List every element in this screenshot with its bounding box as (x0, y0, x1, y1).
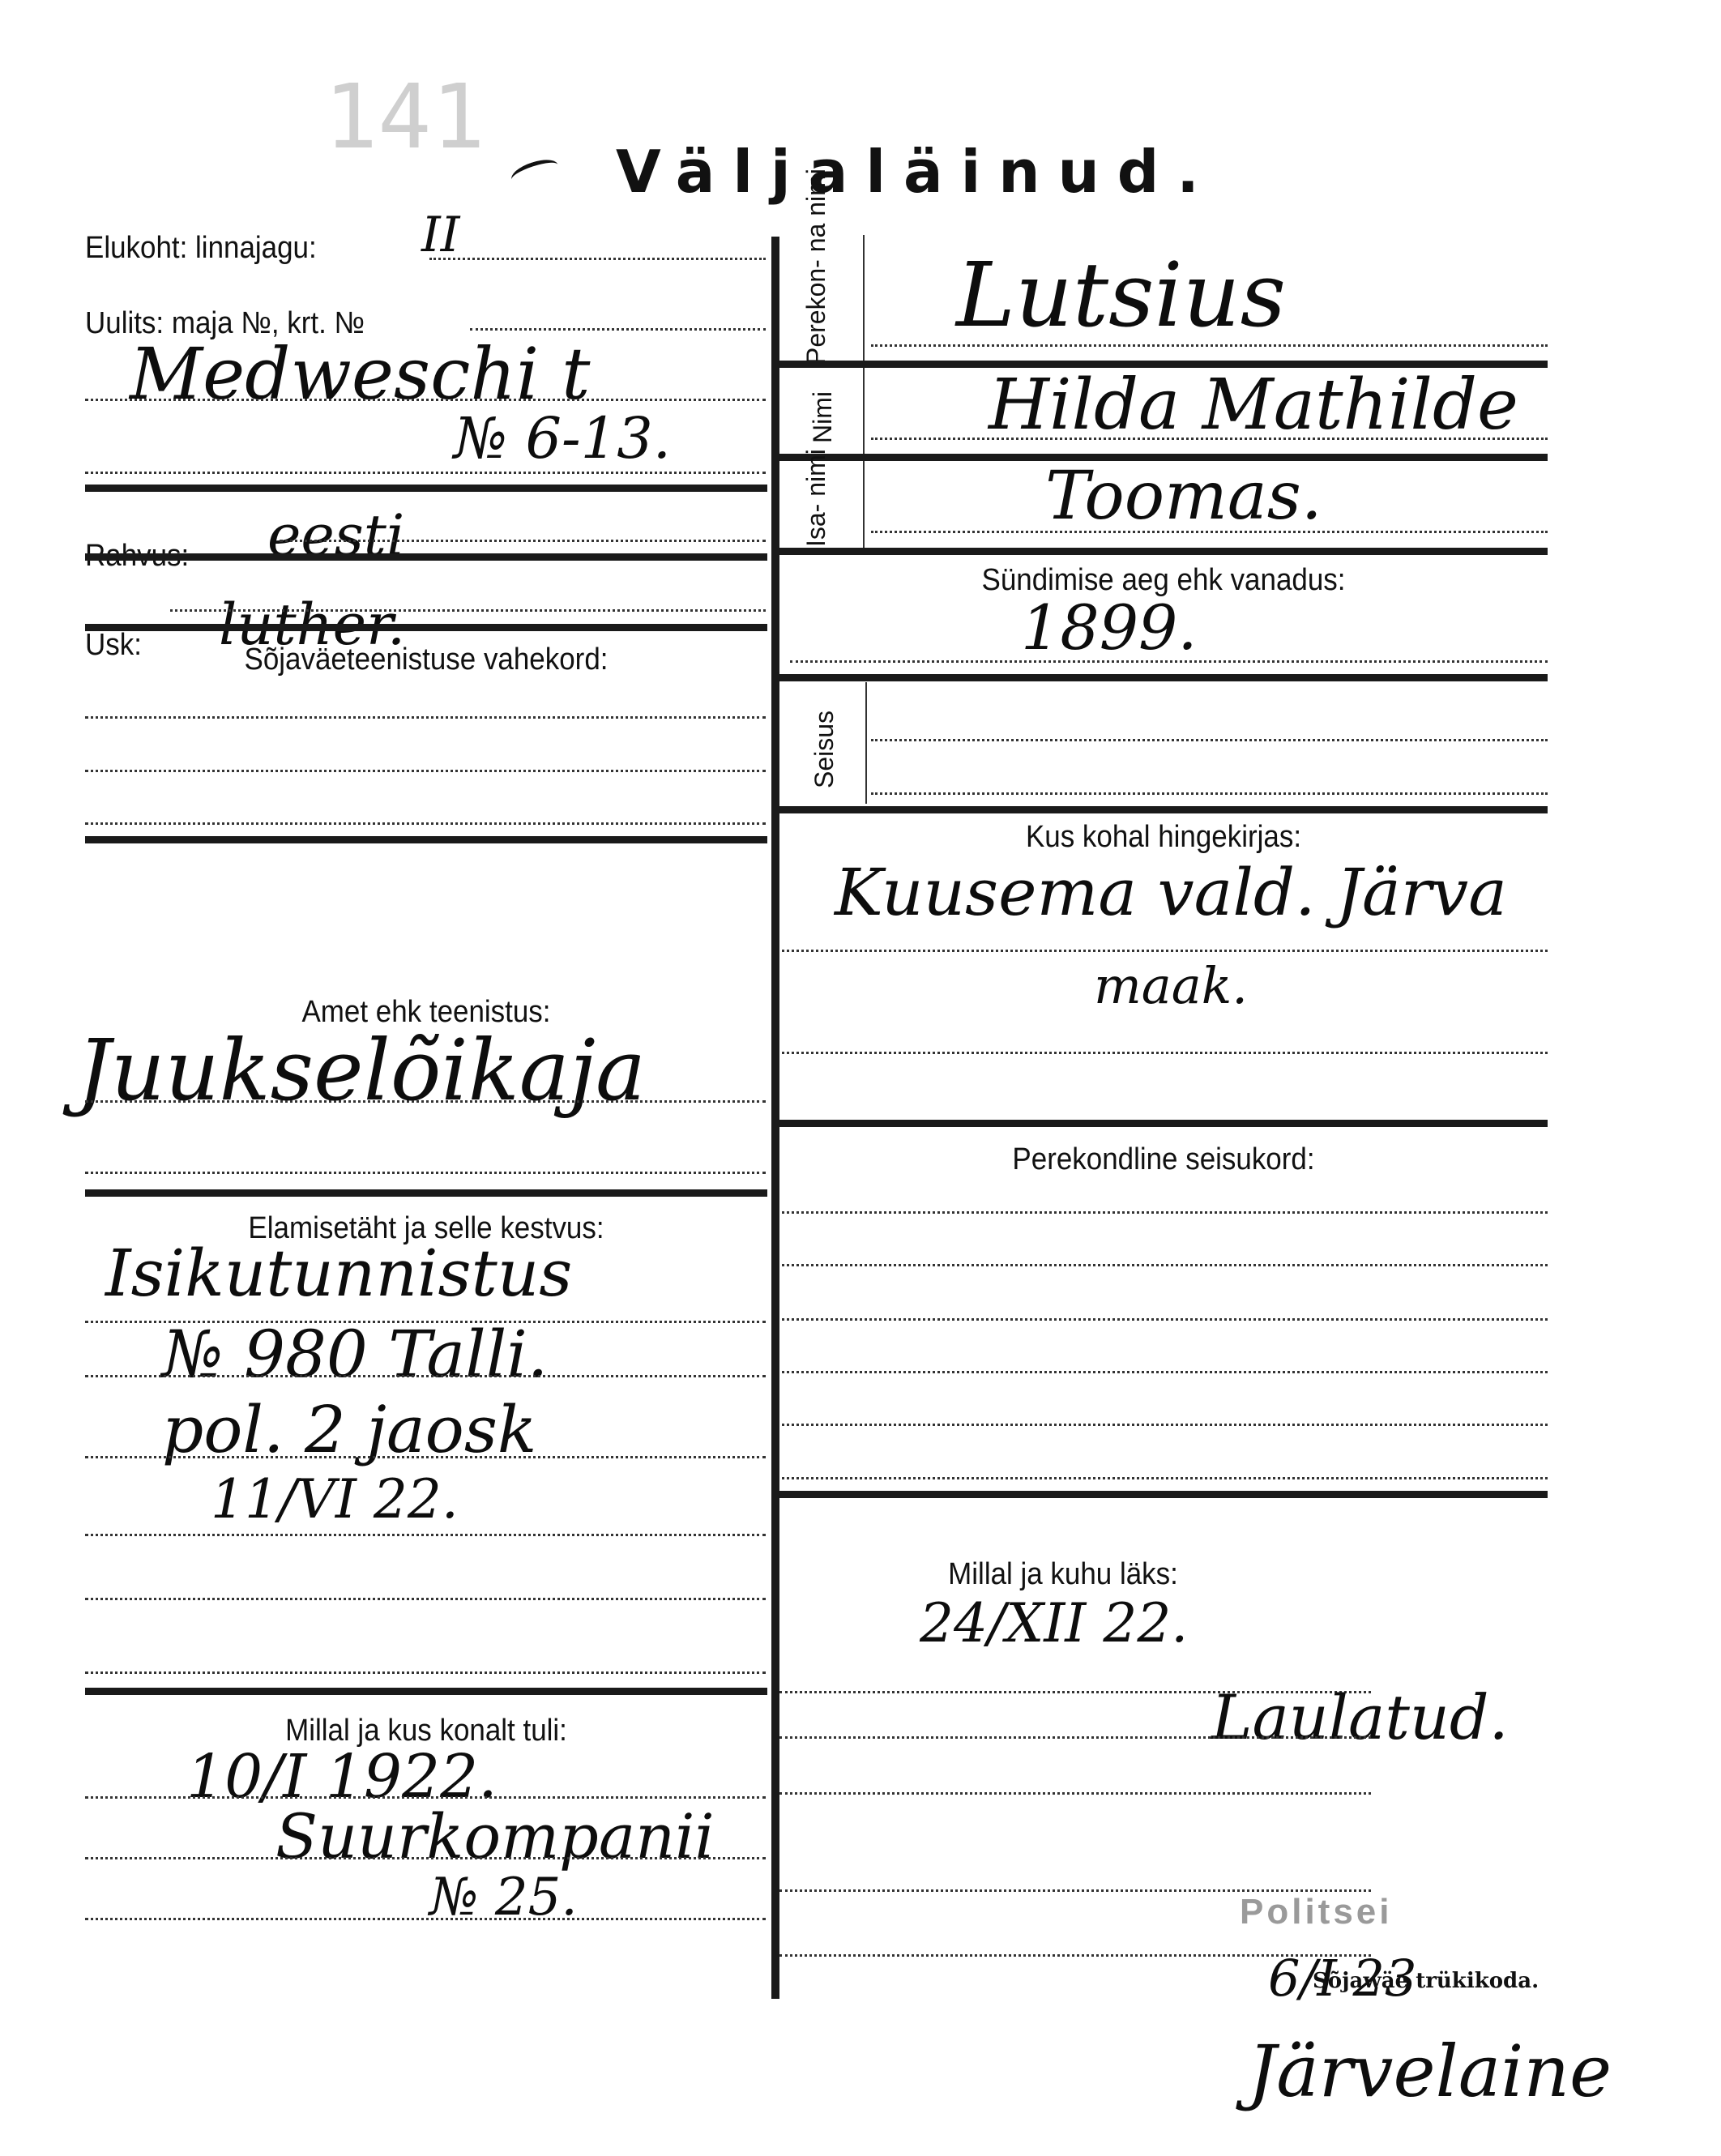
section-rule (85, 1189, 767, 1197)
section-rule (779, 548, 1548, 555)
section-rule (779, 806, 1548, 813)
millal-laks-line-2 (779, 1736, 1371, 1739)
millal-laks-value-2[interactable]: Laulatud. (1211, 1681, 1509, 1753)
uulits-number-value[interactable]: № 6-13. (454, 405, 671, 472)
millal-laks-line-3 (779, 1792, 1371, 1795)
elamisetaht-value-2[interactable]: № 980 Talli. (162, 1317, 548, 1392)
usk-line (170, 609, 766, 612)
perekondline-line-6[interactable] (782, 1477, 1548, 1479)
elamisetaht-line-3 (85, 1456, 766, 1458)
perekondline-label: Perekondline seisukord: (810, 1142, 1517, 1177)
nimi-label: Nimi (809, 381, 857, 454)
hingekirjas-value-1[interactable]: Kuusema vald. Järva (835, 855, 1507, 930)
perekondline-line-1[interactable] (782, 1211, 1548, 1214)
seisus-divider (865, 682, 867, 804)
sojavae-line-3[interactable] (85, 822, 766, 825)
perekondline-line-3[interactable] (782, 1318, 1548, 1321)
isanimi-line (871, 531, 1548, 533)
uulits-line-1 (470, 328, 766, 331)
dash-mark (509, 155, 562, 189)
elukoht-value[interactable]: II (421, 207, 459, 263)
perekonnanimi-line (871, 344, 1548, 347)
millal-laks-value-1[interactable]: 24/XII 22. (920, 1592, 1188, 1654)
label-column-divider (863, 235, 865, 553)
nimi-line (871, 438, 1548, 440)
sojavae-line-1[interactable] (85, 716, 766, 719)
uulits-line-3 (85, 472, 766, 474)
elamisetaht-line-6 (85, 1671, 766, 1674)
pencil-archive-number: 141 (324, 65, 485, 169)
hingekirjas-value-2[interactable]: maak. (1094, 956, 1248, 1015)
faded-stamp: Politsei (1240, 1892, 1393, 1932)
uulits-street-value[interactable]: Medweschi t (130, 332, 591, 416)
perekonnanimi-label: Perekon- na nimi (802, 243, 859, 365)
nimi-value[interactable]: Hilda Mathilde (989, 365, 1518, 446)
official-signature: Järvelaine (1248, 2030, 1612, 2113)
section-rule (85, 836, 767, 843)
millal-tuli-line-2 (85, 1857, 766, 1859)
amet-value[interactable]: Juukselõikaja (77, 1021, 646, 1120)
hingekirjas-line-2 (782, 1052, 1548, 1054)
section-rule (85, 624, 767, 631)
center-divider (771, 237, 779, 1999)
seisus-line-1[interactable] (871, 739, 1548, 741)
millal-tuli-line-1 (85, 1796, 766, 1799)
section-rule (85, 485, 767, 492)
rahvus-line (280, 540, 766, 542)
form-title: Väljaläinud. (616, 138, 1217, 206)
sojavae-label: Sõjaväeteenistuse vahekord: (113, 643, 741, 677)
elukoht-label: Elukoht: linnajagu: (85, 231, 317, 266)
millal-tuli-value-2[interactable]: Suurkompanii (275, 1800, 715, 1872)
elukoht-line (429, 258, 766, 260)
millal-tuli-line-3 (85, 1918, 766, 1920)
section-rule (779, 1491, 1548, 1498)
amet-line-1 (85, 1100, 766, 1103)
isanimi-value[interactable]: Toomas. (1045, 458, 1322, 535)
elamisetaht-line-5 (85, 1598, 766, 1600)
sundimise-value[interactable]: 1899. (1021, 591, 1198, 664)
uulits-line-2 (85, 399, 766, 401)
section-rule (779, 674, 1548, 681)
printer-imprint: Sõjawäe trükikoda. (1313, 1969, 1539, 1993)
seisus-line-2[interactable] (871, 792, 1548, 795)
perekonnanimi-value[interactable]: Lutsius (956, 243, 1286, 347)
sundimise-line (790, 660, 1548, 663)
elamisetaht-line-4 (85, 1534, 766, 1536)
isanimi-label: Isa- nimi (802, 470, 859, 547)
hingekirjas-line-1 (782, 950, 1548, 952)
sojavae-line-2[interactable] (85, 770, 766, 772)
seisus-label: Seisus (810, 705, 859, 794)
section-rule (85, 553, 767, 561)
elamisetaht-value-4[interactable]: 11/VI 22. (211, 1468, 459, 1531)
perekondline-line-2[interactable] (782, 1264, 1548, 1266)
section-rule (779, 1120, 1548, 1127)
amet-line-2 (85, 1172, 766, 1174)
hingekirjas-label: Kus kohal hingekirjas: (810, 820, 1517, 855)
elamisetaht-value-1[interactable]: Isikutunnistus (105, 1236, 572, 1311)
section-rule (85, 1688, 767, 1695)
perekondline-line-4[interactable] (782, 1371, 1548, 1373)
millal-laks-label: Millal ja kuhu läks: (802, 1557, 1324, 1592)
perekondline-line-5[interactable] (782, 1424, 1548, 1426)
elamisetaht-line-2 (85, 1375, 766, 1377)
